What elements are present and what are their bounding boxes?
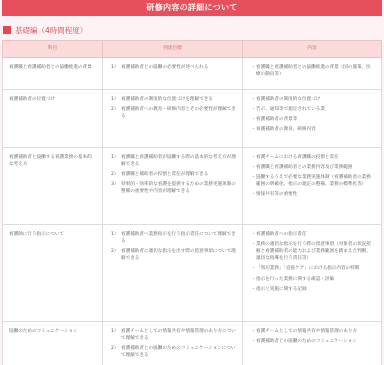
content-text: 告示、通知等で規定されている業 — [256, 106, 375, 113]
content-item: ・ 「周辺業務」「直接ケア」における指示内容の特徴 — [251, 265, 375, 272]
goal-text: 看護補助者との協働のためのコミュニケーションについて理解できる — [121, 345, 236, 359]
goal-item: 1） 看護職と看護補助者が協働する際の基本的な考え方が理解できる — [111, 154, 236, 168]
content-item: ・ 告示、通知等で規定されている業 — [251, 106, 375, 113]
content-item: ・ 業務の適切な指示を行う際の留意事項（対象者の状況把握と看護補助者の能力および… — [251, 241, 375, 262]
table-row: 協働のためのコミュニケーション 1） 看護チームとしての情報共有や情報管理のあり… — [3, 322, 382, 365]
content-cell: ・ 看護チームとしての情報共有や情報管理のあり方 ・ 看護補助者との協働のための… — [243, 322, 382, 365]
content-item: ・ 情報共有等の重要性 — [251, 191, 375, 198]
goal-number: 1） — [111, 231, 121, 245]
goal-text: 看護補助者に適切な指示を出す際の留意事項について理解できる — [121, 248, 236, 262]
subject-cell: 看護補助者の位置づけ — [3, 90, 103, 148]
goals-cell: 1） 看護補助者の制度的な位置づけを理解できる 2） 看護補助者への教育・研修内… — [103, 90, 243, 148]
content-item: ・ 看護チームとしての情報共有や情報管理のあり方 — [251, 328, 375, 335]
goal-number: 2） — [111, 171, 121, 178]
section-heading-text: 基礎編（4時間程度） — [15, 25, 87, 36]
content-text: 看護職と看護補助者との協働推進の背景（国の施策、医療の動向等） — [256, 64, 375, 78]
goal-text: 看護補助者への教育・研修内容とその必要性が理解できる — [121, 106, 236, 120]
content-item: ・ 看護補助者との協働のためのコミュニケーション — [251, 338, 375, 345]
content-cell: ・ 看護補助者の制度的な位置づけ ・ 告示、通知等で規定されている業 ・ 看護補… — [243, 90, 382, 148]
goal-text: 看護補助者へ業務指示を行う指示責任について理解できる — [121, 231, 236, 245]
content-text: 協働するうえで必要な業務実施体制（看護補助者の業務範囲の明確化、指示の規定の整備… — [256, 174, 375, 188]
content-text: 指示を行った業務に関する確認・評価 — [256, 276, 375, 283]
square-bullet-icon — [3, 26, 11, 34]
content-text: 「周辺業務」「直接ケア」における指示内容の特徴 — [256, 265, 375, 272]
goal-item: 2） 看護補助者への教育・研修内容とその必要性が理解できる — [111, 106, 236, 120]
content-text: 看護補助者の制度的な位置づけ — [256, 96, 375, 103]
content-text: 看護チームにおける看護職の役割と責任 — [256, 154, 375, 161]
content-cell: ・ 看護職と看護補助者との協働推進の背景（国の施策、医療の動向等） — [243, 58, 382, 90]
content-text: 看護補助者への指示責任 — [256, 231, 375, 238]
content-item: ・ 看護補助者の背景等 — [251, 116, 375, 123]
goal-number: 2） — [111, 345, 121, 359]
column-header-subject: 科目 — [3, 41, 103, 58]
content-cell: ・ 看護補助者への指示責任 ・ 業務の適切な指示を行う際の留意事項（対象者の状況… — [243, 225, 382, 322]
subject-cell: 看護職と看護補助者との協働推進の背景 — [3, 58, 103, 90]
goal-item: 2） 看護補助者に適切な指示を出す際の留意事項について理解できる — [111, 248, 236, 262]
content-cell: ・ 看護チームにおける看護職の役割と責任 ・ 看護職と看護補助者との業務内容及び… — [243, 148, 382, 225]
goal-text: 看護職と補助者の役割と責任が理解できる — [121, 171, 236, 178]
page: 研修内容の詳細について 基礎編（4時間程度） 科目 到達目標 内容 看護職 — [0, 0, 384, 365]
goals-cell: 1） 看護職と看護補助者が協働する際の基本的な考え方が理解できる 2） 看護職と… — [103, 148, 243, 225]
goal-number: 3） — [111, 181, 121, 195]
content-text: 看護職と看護補助者との業務内容及び業務範囲 — [256, 164, 375, 171]
table-row: 看護補助者の位置づけ 1） 看護補助者の制度的な位置づけを理解できる 2） 看護… — [3, 90, 382, 148]
content-item: ・ 指示と実施に関する記録 — [251, 286, 375, 293]
content-text: 指示と実施に関する記録 — [256, 286, 375, 293]
curriculum-table-container: 科目 到達目標 内容 看護職と看護補助者との協働推進の背景 1） 看護補助者との… — [2, 40, 381, 365]
goal-item: 3） 効果的・効率的な看護を提供するための業務実施体制の整備の重要性や内容が理解… — [111, 181, 236, 195]
goal-number: 1） — [111, 154, 121, 168]
goals-cell: 1） 看護チームとしての情報共有や情報管理のあり方について理解できる 2） 看護… — [103, 322, 243, 365]
content-text: 看護補助者の教育、研修内容 — [256, 126, 375, 133]
goal-text: 看護チームとしての情報共有や情報管理のあり方について理解できる — [121, 328, 236, 342]
goal-text: 看護職と看護補助者が協働する際の基本的な考え方が理解できる — [121, 154, 236, 168]
content-item: ・ 協働するうえで必要な業務実施体制（看護補助者の業務範囲の明確化、指示の規定の… — [251, 174, 375, 188]
goal-item: 1） 看護補助者との協働の必要性が述べられる — [111, 64, 236, 71]
table-row: 看護補助者と協働する看護業務の基本的な考え方 1） 看護職と看護補助者が協働する… — [3, 148, 382, 225]
goal-item: 1） 看護補助者へ業務指示を行う指示責任について理解できる — [111, 231, 236, 245]
content-item: ・ 看護補助者の教育、研修内容 — [251, 126, 375, 133]
content-text: 看護チームとしての情報共有や情報管理のあり方 — [256, 328, 375, 335]
goal-item: 2） 看護職と補助者の役割と責任が理解できる — [111, 171, 236, 178]
subject-cell: 看護補助者と協働する看護業務の基本的な考え方 — [3, 148, 103, 225]
column-header-content: 内容 — [243, 41, 382, 58]
goal-text: 看護補助者の制度的な位置づけを理解できる — [121, 96, 236, 103]
table-row: 看護師に行う指示について 1） 看護補助者へ業務指示を行う指示責任について理解で… — [3, 225, 382, 322]
content-text: 情報共有等の重要性 — [256, 191, 375, 198]
subject-cell: 看護師に行う指示について — [3, 225, 103, 322]
page-title: 研修内容の詳細について — [2, 0, 382, 16]
goals-cell: 1） 看護補助者との協働の必要性が述べられる — [103, 58, 243, 90]
content-item: ・ 看護チームにおける看護職の役割と責任 — [251, 154, 375, 161]
column-header-goals: 到達目標 — [103, 41, 243, 58]
goal-number: 2） — [111, 106, 121, 120]
table-row: 看護職と看護補助者との協働推進の背景 1） 看護補助者との協働の必要性が述べられ… — [3, 58, 382, 90]
goal-text: 看護補助者との協働の必要性が述べられる — [121, 64, 236, 71]
goals-cell: 1） 看護補助者へ業務指示を行う指示責任について理解できる 2） 看護補助者に適… — [103, 225, 243, 322]
table-header-row: 科目 到達目標 内容 — [3, 41, 382, 58]
content-text: 看護補助者の背景等 — [256, 116, 375, 123]
content-text: 看護補助者との協働のためのコミュニケーション — [256, 338, 375, 345]
section-heading: 基礎編（4時間程度） — [3, 24, 87, 36]
goal-item: 2） 看護補助者との協働のためのコミュニケーションについて理解できる — [111, 345, 236, 359]
goal-item: 1） 看護補助者の制度的な位置づけを理解できる — [111, 96, 236, 103]
subject-cell: 協働のためのコミュニケーション — [3, 322, 103, 365]
content-text: 業務の適切な指示を行う際の留意事項（対象者の状況把握と看護補助者の能力および業務… — [256, 241, 375, 262]
goal-number: 1） — [111, 64, 121, 71]
curriculum-table: 科目 到達目標 内容 看護職と看護補助者との協働推進の背景 1） 看護補助者との… — [2, 40, 382, 365]
goal-number: 1） — [111, 96, 121, 103]
goal-number: 1） — [111, 328, 121, 342]
content-item: ・ 指示を行った業務に関する確認・評価 — [251, 276, 375, 283]
content-item: ・ 看護職と看護補助者との業務内容及び業務範囲 — [251, 164, 375, 171]
content-item: ・ 看護職と看護補助者との協働推進の背景（国の施策、医療の動向等） — [251, 64, 375, 78]
goal-text: 効果的・効率的な看護を提供するための業務実施体制の整備の重要性や内容が理解できる — [121, 181, 236, 195]
content-item: ・ 看護補助者への指示責任 — [251, 231, 375, 238]
goal-item: 1） 看護チームとしての情報共有や情報管理のあり方について理解できる — [111, 328, 236, 342]
content-item: ・ 看護補助者の制度的な位置づけ — [251, 96, 375, 103]
goal-number: 2） — [111, 248, 121, 262]
